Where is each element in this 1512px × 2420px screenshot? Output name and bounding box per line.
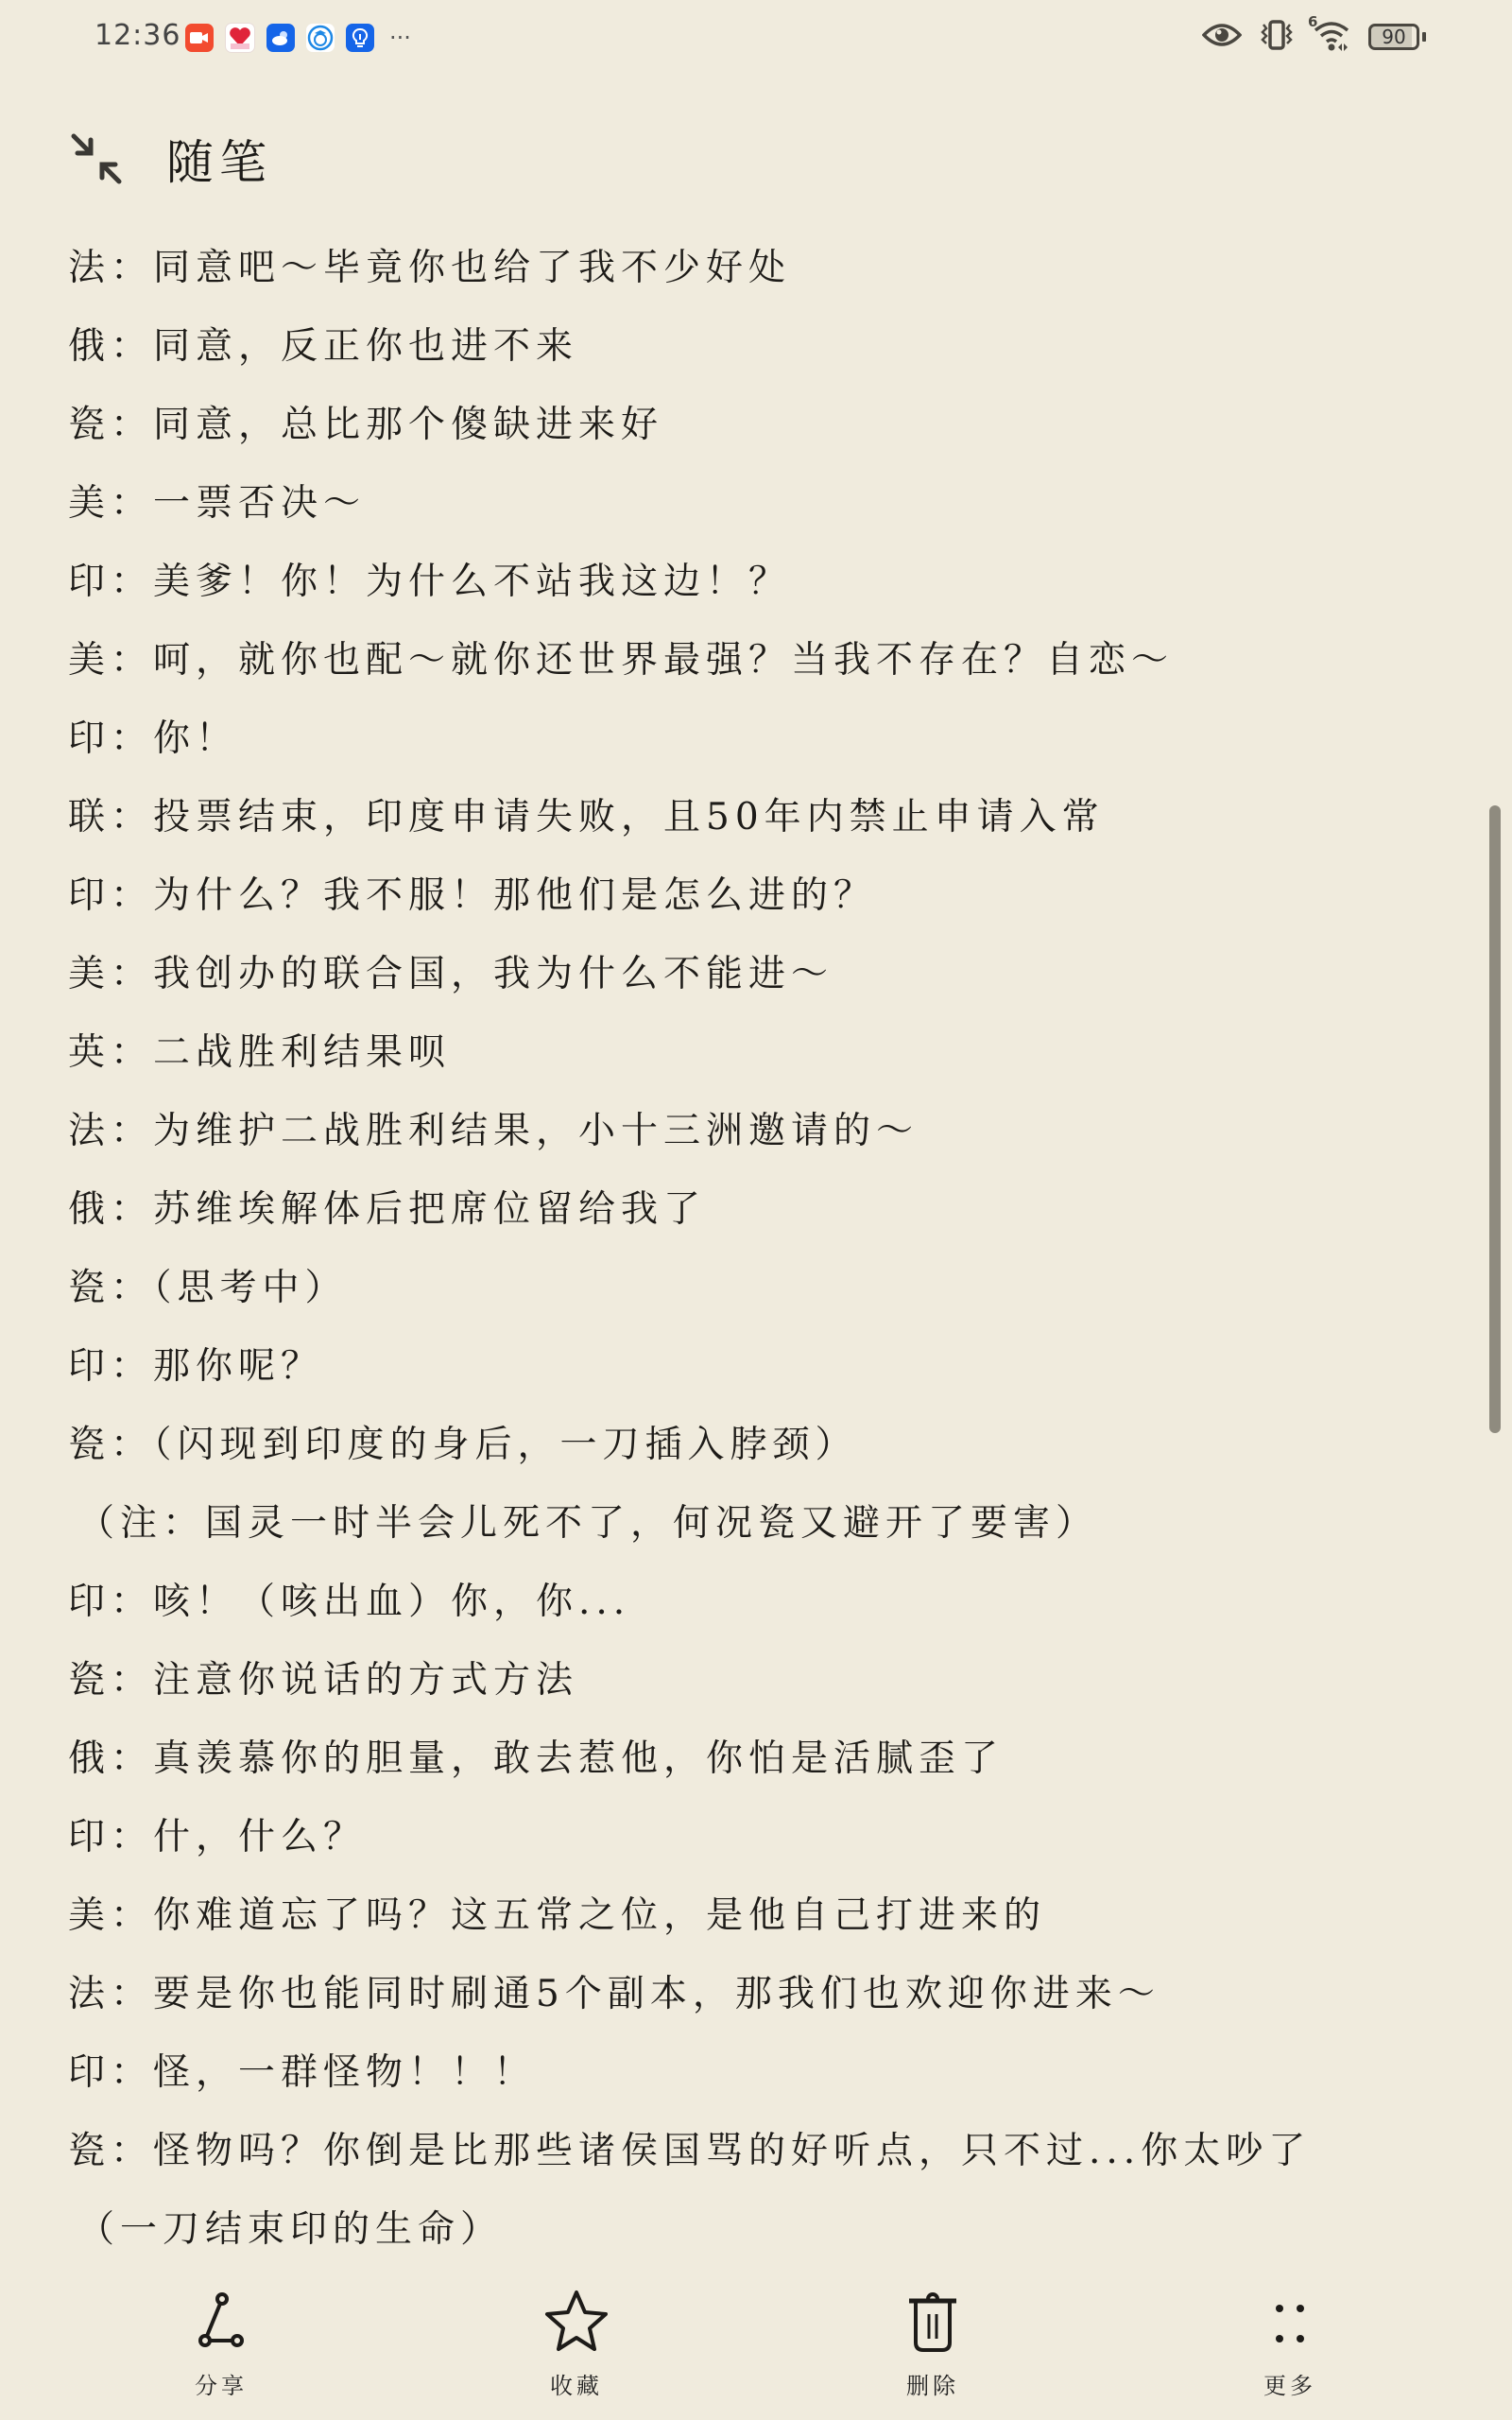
shopping-app-icon (225, 23, 255, 53)
star-icon (543, 2288, 610, 2354)
line-text: 为什么？我不服！那他们是怎么进的？ (153, 874, 876, 917)
line-text: 咳！（咳出血）你，你... (153, 1581, 630, 1623)
note-body[interactable]: 法：同意吧～毕竟你也给了我不少好处俄：同意，反正你也进不来瓷：同意，总比那个傻缺… (68, 240, 1467, 2280)
speaker-label: 印： (68, 874, 153, 917)
bottom-action-bar: 分享 收藏 删除 更多 (0, 2269, 1512, 2420)
note-line: 法：同意吧～毕竟你也给了我不少好处 (68, 240, 1467, 319)
line-text: 真羡慕你的胆量，敢去惹他，你怕是活腻歪了 (153, 1737, 1004, 1780)
more-notifications-icon: ··· (389, 25, 411, 51)
line-text: 一票否决～ (153, 482, 366, 525)
speaker-label: 俄： (68, 1737, 153, 1780)
note-line: 俄：苏维埃解体后把席位留给我了 (68, 1182, 1467, 1260)
note-line: 美：呵，就你也配～就你还世界最强？当我不存在？自恋～ (68, 632, 1467, 711)
wifi-icon: 6 (1312, 19, 1351, 55)
note-line: 印：怪，一群怪物！！！ (68, 2045, 1467, 2123)
more-button[interactable]: 更多 (1224, 2288, 1356, 2400)
line-text: 要是你也能同时刷通5个副本，那我们也欢迎你进来～ (153, 1973, 1160, 2015)
speaker-label: 美： (68, 1894, 153, 1937)
note-line: 印：为什么？我不服！那他们是怎么进的？ (68, 868, 1467, 946)
page-title: 随笔 (166, 125, 272, 193)
line-text: 我创办的联合国，我为什么不能进～ (153, 953, 833, 995)
note-line: 印：什，什么？ (68, 1809, 1467, 1888)
line-text: （思考中） (153, 1267, 348, 1309)
note-line: 印：你！ (68, 711, 1467, 789)
education-app-icon (306, 24, 335, 52)
note-line: 美：你难道忘了吗？这五常之位，是他自己打进来的 (68, 1888, 1467, 1966)
note-line: 美：一票否决～ (68, 475, 1467, 554)
line-text: 呵，就你也配～就你还世界最强？当我不存在？自恋～ (153, 639, 1174, 682)
line-text: （注：国灵一时半会儿死不了，何况瓷又避开了要害） (77, 1502, 1098, 1545)
line-text: 什，什么？ (153, 1816, 366, 1858)
speaker-label: 印： (68, 1345, 153, 1388)
line-text: 苏维埃解体后把席位留给我了 (153, 1188, 706, 1231)
status-bar: 12:36 ··· 6 90 (0, 0, 1512, 76)
line-text: 你难道忘了吗？这五常之位，是他自己打进来的 (153, 1894, 1046, 1937)
speaker-label: 印： (68, 1816, 153, 1858)
battery-tip (1422, 32, 1426, 42)
speaker-label: 印： (68, 2051, 153, 2094)
note-line: 英：二战胜利结果呗 (68, 1025, 1467, 1103)
tips-app-icon (346, 24, 374, 52)
clock: 12:36 (94, 19, 180, 52)
line-text: 注意你说话的方式方法 (153, 1659, 578, 1702)
speaker-label: 法： (68, 1973, 153, 2015)
line-text: 同意吧～毕竟你也给了我不少好处 (153, 247, 791, 289)
line-text: 同意，反正你也进不来 (153, 325, 578, 368)
note-line: （注：国灵一时半会儿死不了，何况瓷又避开了要害） (68, 1495, 1467, 1574)
line-text: 怪，一群怪物！！！ (153, 2051, 536, 2094)
line-text: （闪现到印度的身后，一刀插入脖颈） (153, 1424, 858, 1466)
speaker-label: 美： (68, 482, 153, 525)
line-text: 怪物吗？你倒是比那些诸侯国骂的好听点，只不过...你太吵了 (153, 2130, 1311, 2172)
speaker-label: 印： (68, 717, 153, 760)
note-header: 随笔 (70, 121, 272, 197)
note-line: 瓷：（闪现到印度的身后，一刀插入脖颈） (68, 1417, 1467, 1495)
battery-indicator: 90 (1368, 24, 1426, 50)
trash-icon (900, 2288, 966, 2354)
speaker-label: 法： (68, 247, 153, 289)
speaker-label: 瓷： (68, 1659, 153, 1702)
note-line: 瓷：注意你说话的方式方法 (68, 1652, 1467, 1731)
notification-icons: ··· (185, 23, 411, 53)
eye-comfort-icon (1202, 22, 1242, 52)
line-text: 二战胜利结果呗 (153, 1031, 451, 1074)
share-button[interactable]: 分享 (155, 2288, 287, 2400)
line-text: 你！ (153, 717, 238, 760)
favorite-button[interactable]: 收藏 (510, 2288, 643, 2400)
note-line: 印：那你呢？ (68, 1339, 1467, 1417)
line-text: 投票结束，印度申请失败，且50年内禁止申请入常 (153, 796, 1105, 838)
note-line: 法：要是你也能同时刷通5个副本，那我们也欢迎你进来～ (68, 1966, 1467, 2045)
speaker-label: 印： (68, 561, 153, 603)
vibrate-icon (1259, 19, 1295, 55)
note-line: 瓷：（思考中） (68, 1260, 1467, 1339)
collapse-icon[interactable] (70, 132, 123, 185)
note-line: 联：投票结束，印度申请失败，且50年内禁止申请入常 (68, 789, 1467, 868)
more-dots-icon (1257, 2288, 1323, 2354)
weather-app-icon (266, 24, 295, 52)
speaker-label: 瓷： (68, 2130, 153, 2172)
note-line: 美：我创办的联合国，我为什么不能进～ (68, 946, 1467, 1025)
delete-label: 删除 (906, 2367, 959, 2400)
speaker-label: 瓷： (68, 1267, 153, 1309)
line-text: 为维护二战胜利结果，小十三洲邀请的～ (153, 1110, 919, 1152)
line-text: 那你呢？ (153, 1345, 323, 1388)
note-line: 印：美爹！你！为什么不站我这边！？ (68, 554, 1467, 632)
note-line: 瓷：同意，总比那个傻缺进来好 (68, 397, 1467, 475)
speaker-label: 联： (68, 796, 153, 838)
line-text: 美爹！你！为什么不站我这边！？ (153, 561, 791, 603)
line-text: （一刀结束印的生命） (77, 2208, 503, 2251)
share-icon (188, 2288, 254, 2354)
line-text: 同意，总比那个傻缺进来好 (153, 404, 663, 446)
note-line: 俄：真羡慕你的胆量，敢去惹他，你怕是活腻歪了 (68, 1731, 1467, 1809)
delete-button[interactable]: 删除 (867, 2288, 999, 2400)
speaker-label: 美： (68, 639, 153, 682)
speaker-label: 俄： (68, 1188, 153, 1231)
video-call-app-icon (185, 24, 214, 52)
note-line: 法：为维护二战胜利结果，小十三洲邀请的～ (68, 1103, 1467, 1182)
more-label: 更多 (1263, 2367, 1316, 2400)
share-label: 分享 (195, 2367, 248, 2400)
speaker-label: 法： (68, 1110, 153, 1152)
battery-level: 90 (1368, 24, 1419, 50)
speaker-label: 瓷： (68, 1424, 153, 1466)
favorite-label: 收藏 (550, 2367, 603, 2400)
note-line: 瓷：怪物吗？你倒是比那些诸侯国骂的好听点，只不过...你太吵了 (68, 2123, 1467, 2202)
speaker-label: 英： (68, 1031, 153, 1074)
note-line: 俄：同意，反正你也进不来 (68, 319, 1467, 397)
wifi-generation-label: 6 (1308, 13, 1317, 30)
speaker-label: 俄： (68, 325, 153, 368)
speaker-label: 印： (68, 1581, 153, 1623)
speaker-label: 美： (68, 953, 153, 995)
speaker-label: 瓷： (68, 404, 153, 446)
system-icons: 6 90 (1202, 19, 1426, 55)
note-line: 印：咳！（咳出血）你，你... (68, 1574, 1467, 1652)
scrollbar-thumb[interactable] (1489, 805, 1501, 1433)
